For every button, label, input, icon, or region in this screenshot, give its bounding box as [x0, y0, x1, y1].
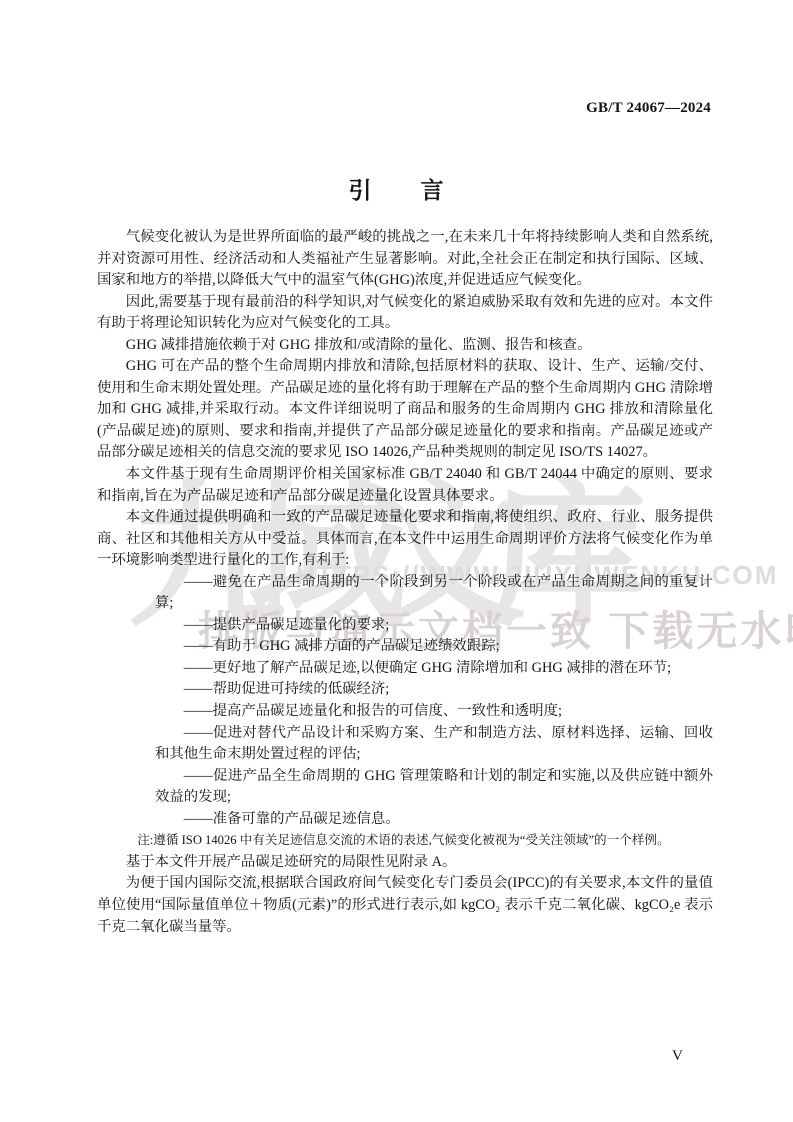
- standard-number: GB/T 24067—2024: [586, 100, 711, 117]
- body-text: 气候变化被认为是世界所面临的最严峻的挑战之一,在未来几十年将持续影响人类和自然系…: [97, 227, 713, 938]
- page-title: 引 言: [0, 172, 793, 205]
- list-item: ——准备可靠的产品碳足迹信息。: [97, 809, 713, 831]
- list-item: ——有助于 GHG 减排方面的产品碳足迹绩效跟踪;: [97, 636, 713, 658]
- list-item: ——促进对替代产品设计和采购方案、生产和制造方法、原材料选择、运输、回收和其他生…: [97, 723, 713, 766]
- page-content: GB/T 24067—2024 引 言 气候变化被认为是世界所面临的最严峻的挑战…: [0, 0, 793, 1122]
- page-number: V: [672, 1048, 683, 1065]
- paragraph: 因此,需要基于现有最前沿的科学知识,对气候变化的紧迫威胁采取有效和先进的应对。本…: [97, 292, 713, 335]
- paragraph: 气候变化被认为是世界所面临的最严峻的挑战之一,在未来几十年将持续影响人类和自然系…: [97, 227, 713, 292]
- paragraph: 本文件通过提供明确和一致的产品碳足迹量化要求和指南,将使组织、政府、行业、服务提…: [97, 507, 713, 572]
- list-item: ——帮助促进可持续的低碳经济;: [97, 679, 713, 701]
- paragraph: 本文件基于现有生命周期评价相关国家标准 GB/T 24040 和 GB/T 24…: [97, 464, 713, 507]
- paragraph: GHG 可在产品的整个生命周期内排放和清除,包括原材料的获取、设计、生产、运输/…: [97, 356, 713, 464]
- paragraph: 基于本文件开展产品碳足迹研究的局限性见附录 A。: [97, 852, 713, 874]
- paragraph: 为便于国内国际交流,根据联合国政府间气候变化专门委员会(IPCC)的有关要求,本…: [97, 873, 713, 938]
- paragraph: GHG 减排措施依赖于对 GHG 排放和/或清除的量化、监测、报告和核查。: [97, 335, 713, 357]
- document-page: 九域文库 HTTPS://WWW.JIUYUWENKU.COM 排版与演示文档一…: [0, 0, 793, 1122]
- note: 注:遵循 ISO 14026 中有关足迹信息交流的术语的表述,气候变化被视为“受…: [97, 830, 713, 852]
- list-item: ——提供产品碳足迹量化的要求;: [97, 615, 713, 637]
- list-item: ——促进产品全生命周期的 GHG 管理策略和计划的制定和实施,以及供应链中额外效…: [97, 766, 713, 809]
- list-item: ——提高产品碳足迹量化和报告的可信度、一致性和透明度;: [97, 701, 713, 723]
- list-item: ——避免在产品生命周期的一个阶段到另一个阶段或在产品生命周期之间的重复计算;: [97, 572, 713, 615]
- list-item: ——更好地了解产品碳足迹,以便确定 GHG 清除增加和 GHG 减排的潜在环节;: [97, 658, 713, 680]
